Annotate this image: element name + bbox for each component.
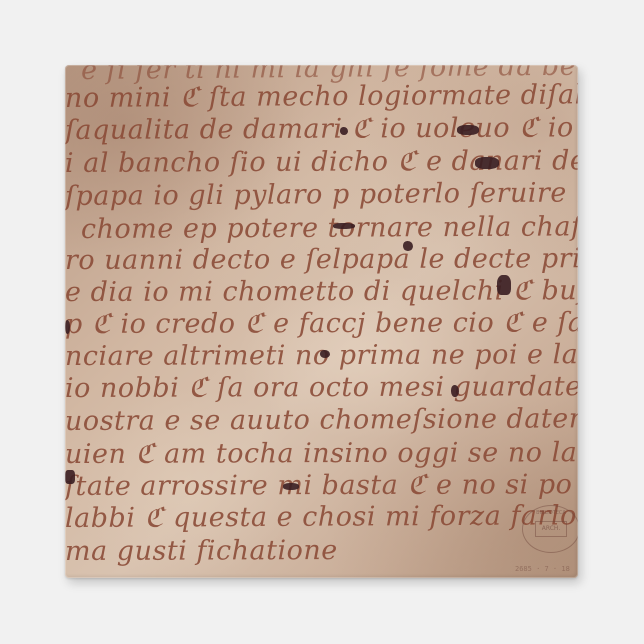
ink-blot	[403, 241, 413, 251]
ink-blot	[340, 127, 348, 135]
ink-blot	[283, 483, 299, 490]
manuscript-line: uostra e se auuto chomeſsione datemela	[65, 403, 578, 437]
manuscript-line: io nobbi ℭ ſa ora octo mesi guardate	[65, 371, 578, 404]
stamp-center-text: ARCH.	[535, 521, 567, 537]
ink-blot	[333, 223, 355, 229]
ink-blot	[497, 275, 511, 295]
ink-blot	[320, 350, 330, 358]
manuscript-line: ro uanni decto e ſelpapa le decte princi…	[65, 243, 578, 276]
manuscript-line: labbi ℭ questa e chosi mi forza farlo	[65, 500, 577, 534]
manuscript-line: p ℭ io credo ℭ e faccj bene cio ℭ e ſa m…	[65, 307, 578, 340]
manuscript-line: no mini ℭ ſta mecho logiormate diſalorez…	[65, 79, 578, 114]
manuscript-line: ſaqualita de damari ℭ io uoleuo ℭ io aue…	[65, 112, 578, 146]
stamp-ring-text: BIBLIOTECA	[523, 510, 578, 516]
manuscript-line: ſtate arrossire mi basta ℭ e no si po	[65, 469, 572, 502]
manuscript-line: ma gusti fichatione	[65, 535, 338, 567]
ink-blot	[475, 157, 499, 169]
product-photo-backdrop: e ſi ſer ti ni mi la ghi ſe ſome da bene…	[0, 0, 644, 644]
manuscript-line: ſpapa io gli pylaro p poterlo ſeruire me…	[65, 177, 578, 212]
ink-blot	[65, 470, 75, 484]
ink-blot	[65, 320, 70, 334]
manuscript-line: chome ep potere tornare nella chaſa ch	[81, 211, 578, 245]
manuscript-line: uien ℭ am tocha insino oggi se no lauu	[65, 437, 578, 470]
ink-blot	[457, 125, 479, 135]
library-stamp: BIBLIOTECA ARCH.	[522, 505, 578, 553]
ink-blot	[451, 385, 459, 397]
manuscript-tile: e ſi ſer ti ni mi la ghi ſe ſome da bene…	[65, 65, 578, 578]
manuscript-line: i al bancho ſio ui dicho ℭ e danari dell…	[65, 145, 578, 179]
catalog-mark: 2685 · 7 · 18	[515, 565, 570, 573]
